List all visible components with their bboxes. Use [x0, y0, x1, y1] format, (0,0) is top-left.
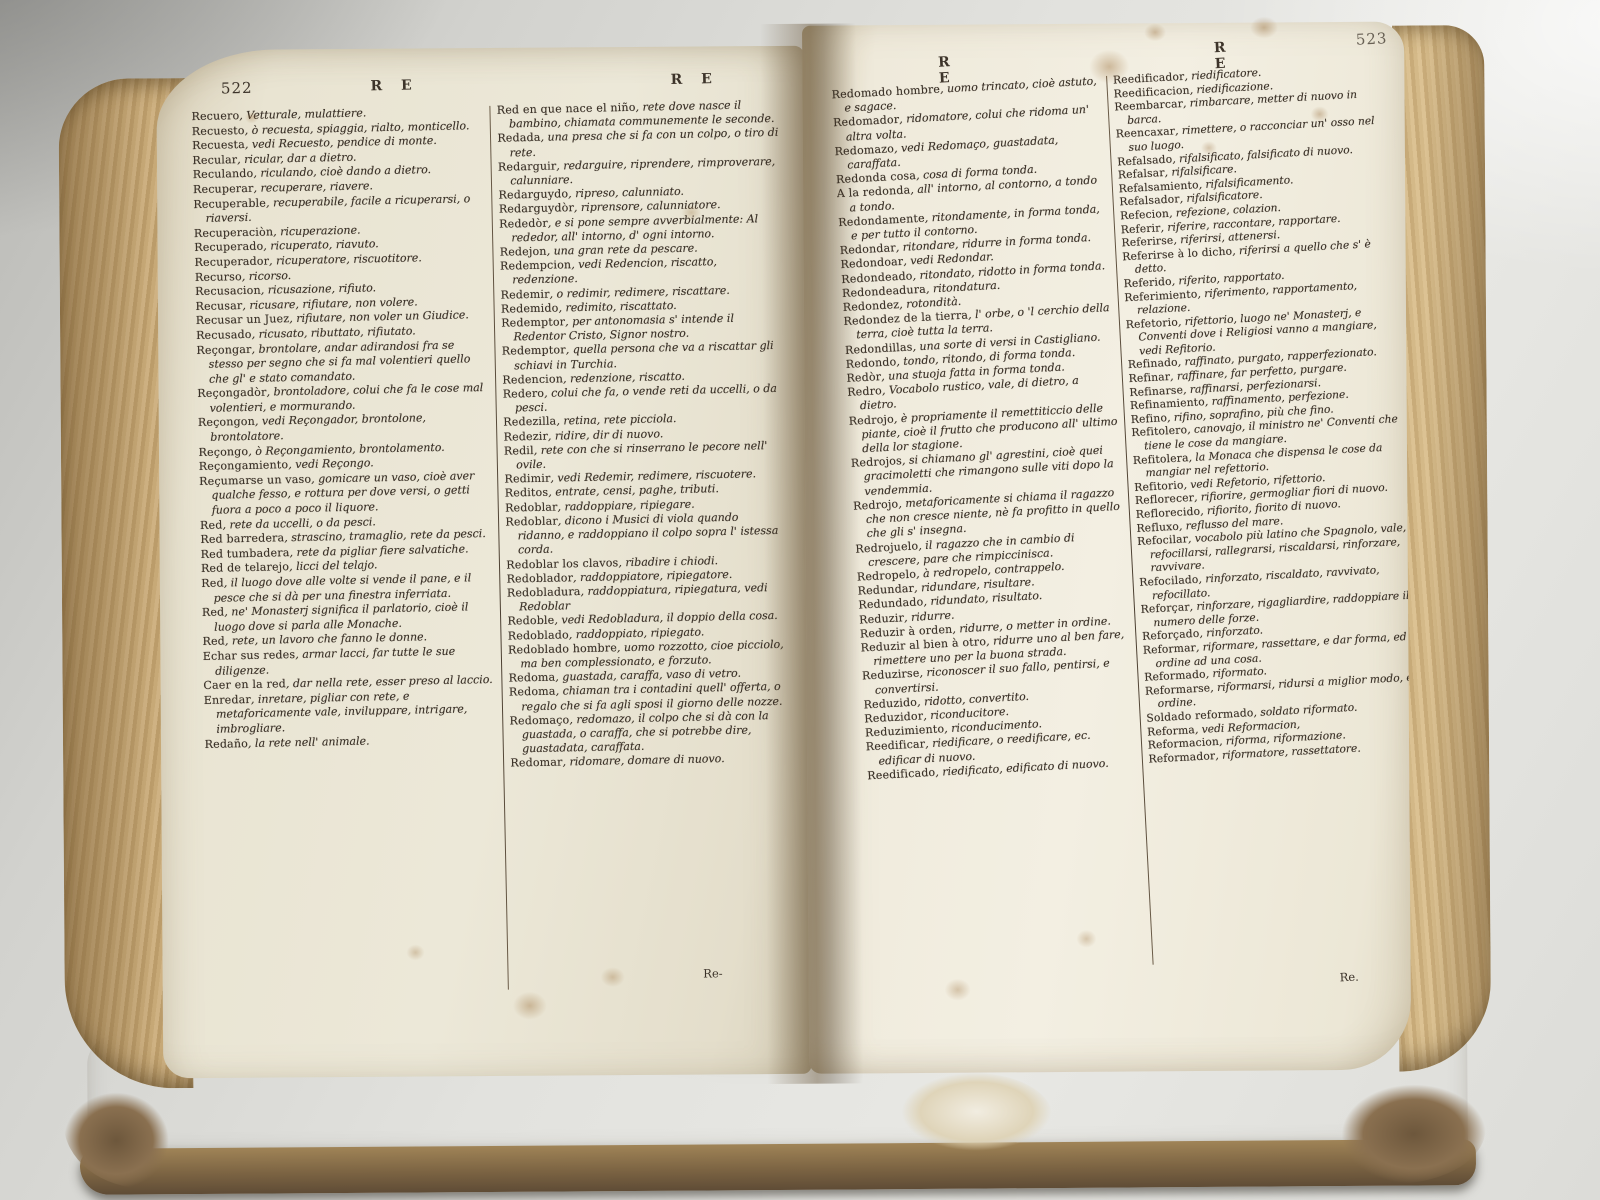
headword: Redondez: [842, 298, 899, 314]
dictionary-entry: Enredar, inretare, pigliar con rete, e m…: [216, 688, 497, 738]
definition: , la rete nell' animale.: [248, 734, 370, 750]
definition: , o redimir, redimere, riscattare.: [549, 283, 729, 300]
definition: , redenzione, riscatto.: [563, 370, 685, 386]
headword: Redil: [504, 444, 534, 458]
headword: Redrojo: [853, 497, 899, 512]
definition: , ne' Monasterj significa il parlatorio,…: [214, 601, 468, 634]
catchword: Re-: [703, 966, 722, 980]
headword: Reçongon: [198, 415, 255, 429]
headword: Redarguydòr: [499, 202, 574, 217]
headword: Recusar: [195, 299, 242, 313]
definition: , ridire, dir di nuovo.: [548, 427, 664, 442]
definition: , vedi Recuesto, pendice di monte.: [245, 134, 437, 151]
headword: Redomado hombre: [831, 83, 940, 102]
headword: Redrojo: [848, 412, 894, 427]
definition: , raddoppiare, ripiegare.: [557, 497, 694, 513]
headword: Red: [200, 518, 223, 531]
headword: Redoble: [507, 614, 554, 628]
headword: Red: [201, 577, 224, 590]
headword: Enredar: [204, 693, 251, 707]
left-page: 522 R E R E Recuero, Vetturale, mulattie…: [156, 46, 811, 1078]
catchword: Re.: [1339, 970, 1359, 985]
headword: Redro: [847, 384, 882, 399]
headword: Recuesto: [192, 124, 245, 138]
left-page-number: 522: [221, 79, 253, 98]
headword: Redejon: [500, 245, 547, 259]
dictionary-entry: Reçongar, brontolare, andar adirandosi f…: [208, 337, 489, 387]
headword: Reçongar: [196, 342, 251, 356]
headword: Red barredera: [200, 531, 284, 546]
definition: , rifiutare, non voler un Giudice.: [289, 309, 469, 326]
right-page-column-2: Reedificador, riedificatore.Reedificacio…: [1113, 59, 1412, 964]
definition: , e si pone sempre avverbialmente: Al re…: [511, 212, 758, 244]
definition: , raddoppiato, ripiegato.: [569, 625, 705, 641]
headword: Redemir: [501, 287, 550, 301]
headword: Reformarse: [1145, 681, 1211, 697]
headword: Redundar: [857, 582, 914, 598]
right-page: R E R E 523 Redomado hombre, uomo trinca…: [802, 22, 1411, 1074]
definition: , riculando, cioè dando a dietro.: [253, 163, 431, 180]
headword: Reculando: [193, 167, 254, 181]
headword: Reçongadòr: [197, 386, 266, 400]
headword: Caer en la red: [203, 677, 286, 692]
headword: Redondar: [840, 241, 897, 257]
headword: Refino: [1130, 411, 1167, 426]
headword: Redemptor: [502, 344, 566, 358]
headword: Reditos: [505, 486, 549, 500]
definition: , ricusato, ributtato, rifiutato.: [251, 324, 415, 340]
headword: Recurso: [195, 270, 242, 284]
definition: , ricular, dar a dietro.: [237, 150, 356, 165]
open-book: 522 R E R E Recuero, Vetturale, mulattie…: [54, 0, 1492, 1195]
headword: Red de telarejo: [201, 561, 289, 576]
headword: Echar sus redes: [203, 648, 296, 663]
headword: Recuperado: [194, 240, 263, 254]
definition: , ridurre.: [904, 608, 955, 624]
headword: Reçongo: [198, 445, 248, 459]
headword: Red: [202, 606, 225, 619]
headword: Reformador: [1148, 749, 1215, 765]
definition: , retina, rete picciola.: [556, 412, 676, 428]
definition: , chiaman tra i contadini quell' offerta…: [521, 680, 782, 713]
headword: Reembarcar: [1114, 97, 1183, 114]
definition: , vedi Reçongo.: [288, 457, 374, 472]
headword: Redoblador: [506, 571, 573, 585]
headword: Redòr: [846, 370, 881, 385]
headword: Redemido: [501, 301, 559, 315]
headword: A la redonda: [837, 184, 911, 201]
definition: , recuperare, riavere.: [253, 179, 373, 194]
photo-of-open-dictionary: { "photo": { "description": "Antique Spa…: [0, 0, 1600, 1200]
headword: Referir: [1121, 221, 1161, 236]
headword: Redoblar: [505, 500, 558, 514]
headword: Redada: [497, 131, 540, 145]
headword: Rededòr: [499, 216, 548, 230]
headword: Redimir: [504, 472, 550, 486]
headword: Redoblado: [508, 628, 569, 642]
definition: , ricorso.: [242, 269, 292, 283]
headword: Redoblar: [505, 514, 558, 528]
headword: Redero: [503, 387, 545, 401]
headword: Reçongamiento: [199, 458, 289, 473]
headword: Recusacion: [195, 284, 261, 298]
definition: , rete da pigliar fiere salvatiche.: [289, 542, 468, 559]
headword: Recuperable: [193, 196, 266, 211]
left-page-column-2: Red en que nace el niño, rete dove nasce…: [497, 98, 798, 990]
definition: , ricusazione, rifiuto.: [261, 281, 377, 296]
headword: Recuperaciòn: [194, 225, 273, 240]
headword: Redoblar los clavos: [506, 556, 618, 571]
headword: Redoma: [509, 671, 556, 685]
headword: Reedificado: [867, 766, 936, 783]
definition: , ripreso, calunniato.: [568, 185, 684, 200]
headword: Recusado: [196, 328, 252, 342]
dictionary-entry: Reçumarse un vaso, gomicare un vaso, cio…: [211, 469, 492, 519]
headword: Redrojos: [851, 454, 903, 470]
headword: Recular: [192, 153, 237, 167]
guide-letters: R E: [671, 71, 720, 88]
headword: Red tumbadera: [201, 546, 290, 561]
definition: , ricuperazione.: [273, 223, 361, 238]
headword: Recuero: [191, 109, 239, 123]
headword: Redobladura: [507, 585, 581, 600]
headword: Redempcion: [500, 258, 571, 272]
headword: Reçumarse un vaso: [199, 473, 311, 488]
definition: , licci del telajo.: [289, 559, 378, 574]
definition: , rete con che si rinserrano le pecore n…: [516, 439, 767, 471]
definition: , una presa che si fa con un colpo, o ti…: [510, 126, 779, 159]
definition: , il luogo dove alle volte si vende il p…: [213, 571, 471, 604]
guide-letters: R E: [370, 77, 419, 94]
headword: Redoblado hombre: [508, 641, 617, 656]
dictionary-entry: Redomaço, redomazo, il colpo che si dà c…: [521, 708, 793, 756]
headword: Recusar un Juez: [196, 312, 290, 327]
definition: , ritondatura.: [926, 279, 1001, 296]
definition: , ricuperato, riavuto.: [263, 238, 379, 253]
headword: Redomaço: [509, 713, 569, 727]
headword: Red: [202, 635, 225, 648]
definition: , ribadire i chiodi.: [618, 554, 718, 569]
headword: Reduzir: [859, 611, 905, 626]
definition: , ò Reçongamiento, brontolamento.: [248, 441, 445, 458]
headword: Recuesta: [192, 138, 245, 152]
headword: Red en que nace el niño: [497, 101, 636, 117]
dictionary-entry: Redoblar, dicono i Musici di viola quand…: [517, 510, 789, 558]
definition: , ricuperatore, riscuotitore.: [269, 251, 422, 267]
definition: , Vetturale, mulattiere.: [239, 106, 366, 122]
headword: Redomar: [510, 756, 562, 770]
headword: Redondo: [845, 355, 896, 371]
right-page-column-1: Redomado hombre, uomo trincato, cioè ast…: [831, 74, 1146, 975]
headword: Reduzido: [863, 695, 917, 711]
definition: , redimito, riscattato.: [558, 299, 676, 314]
definition: , ridomare, domare di nuovo.: [562, 752, 724, 768]
headword: Recuperador: [194, 254, 269, 269]
headword: Reduzirse: [862, 667, 920, 683]
headword: Redezilla: [503, 415, 556, 429]
headword: Recuperar: [193, 182, 254, 196]
headword: Redaño: [205, 737, 249, 751]
headword: Redemptor: [501, 315, 565, 329]
headword: Redezir: [503, 429, 548, 443]
right-page-number: 523: [1355, 29, 1388, 49]
book-cover-bottom: [80, 1139, 1476, 1195]
definition: , rete da uccelli, o da pesci.: [222, 515, 376, 531]
headword: Redencion: [502, 372, 563, 386]
left-page-column-1: Recuero, Vetturale, mulattiere.Recuesto,…: [191, 104, 502, 992]
headword: Redoma: [509, 685, 556, 699]
headword: Redarguydo: [498, 187, 568, 201]
definition: , colui che fa, o vende reti da uccelli,…: [515, 382, 777, 415]
headword: Redarguir: [498, 159, 557, 173]
definition: , inretare, pigliar con rete, e metafori…: [216, 689, 468, 735]
